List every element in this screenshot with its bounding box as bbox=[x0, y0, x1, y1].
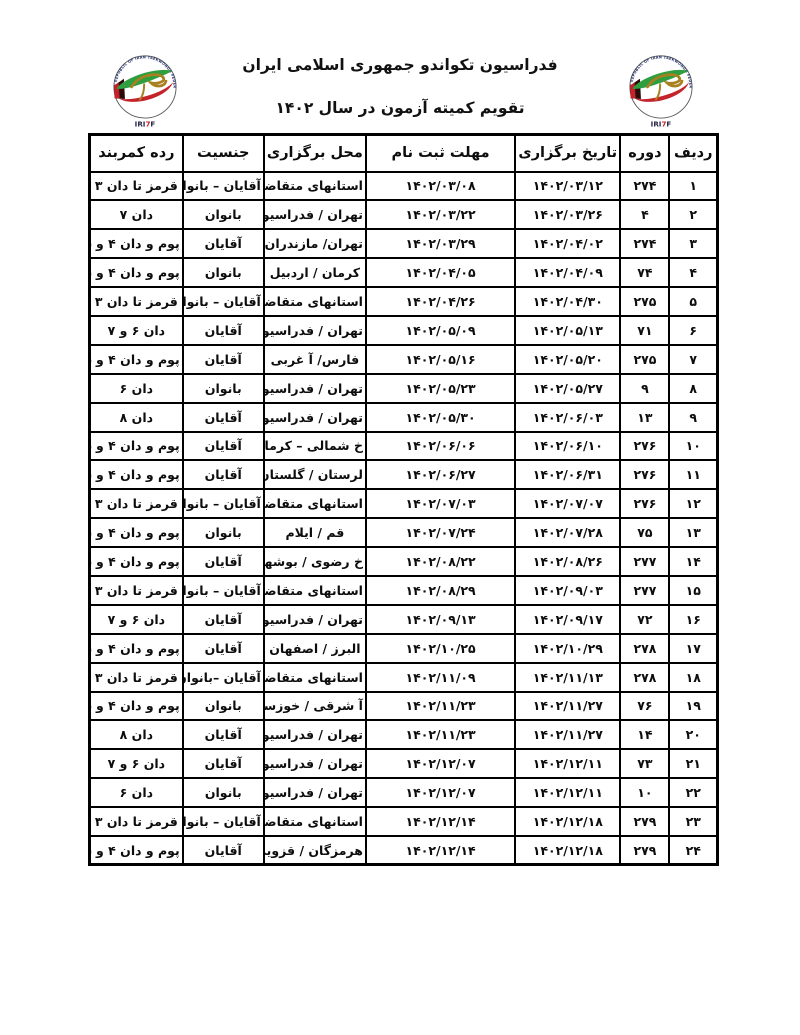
cell-tarikh-bargozari: ۱۴۰۲/۱۱/۲۷ bbox=[515, 720, 620, 749]
cell-mahal-bargozari: قم / ایلام bbox=[264, 518, 366, 547]
cell-jensiyat: بانوان bbox=[183, 374, 264, 403]
cell-mahal-bargozari: تهران / فدراسیون bbox=[264, 749, 366, 778]
table-row: ۲۴۱۴۰۲/۰۳/۲۶۱۴۰۲/۰۳/۲۲تهران / فدراسیونبا… bbox=[90, 200, 718, 229]
table-row: ۶۷۱۱۴۰۲/۰۵/۱۳۱۴۰۲/۰۵/۰۹تهران / فدراسیونآ… bbox=[90, 316, 718, 345]
cell-jensiyat: آقایان bbox=[183, 605, 264, 634]
document-page: ISLAMIC REPUBLIC OF IRAN TAEKWONDO FEDER… bbox=[0, 0, 800, 1035]
table-row: ۲۰۱۴۱۴۰۲/۱۱/۲۷۱۴۰۲/۱۱/۲۳تهران / فدراسیون… bbox=[90, 720, 718, 749]
cell-mahal-bargozari: تهران / فدراسیون bbox=[264, 778, 366, 807]
cell-radif: ۷ bbox=[669, 345, 717, 374]
cell-radeh-kamarband: پوم و دان ۴ و ۵ bbox=[90, 258, 183, 287]
table-row: ۱۵۲۷۷۱۴۰۲/۰۹/۰۳۱۴۰۲/۰۸/۲۹استانهای متقاضی… bbox=[90, 576, 718, 605]
cell-mahal-bargozari: استانهای متقاضی bbox=[264, 287, 366, 316]
cell-tarikh-bargozari: ۱۴۰۲/۰۶/۳۱ bbox=[515, 460, 620, 489]
cell-radeh-kamarband: پوم و دان ۴ و ۵ bbox=[90, 432, 183, 461]
table-row: ۱۰۲۷۶۱۴۰۲/۰۶/۱۰۱۴۰۲/۰۶/۰۶خ شمالی – کرمان… bbox=[90, 432, 718, 461]
header-row: ردیف دوره تاریخ برگزاری مهلت ثبت نام محل… bbox=[90, 135, 718, 172]
cell-mahal-bargozari: استانهای متقاضی bbox=[264, 172, 366, 201]
cell-radif: ۱۱ bbox=[669, 460, 717, 489]
cell-doreh: ۲۷۵ bbox=[620, 345, 669, 374]
col-header-radeh-kamarband: رده کمربند bbox=[90, 135, 183, 172]
cell-radeh-kamarband: پوم و دان ۴ و ۵ bbox=[90, 518, 183, 547]
cell-doreh: ۲۷۸ bbox=[620, 634, 669, 663]
table-row: ۲۱۷۳۱۴۰۲/۱۲/۱۱۱۴۰۲/۱۲/۰۷تهران / فدراسیون… bbox=[90, 749, 718, 778]
cell-doreh: ۲۷۶ bbox=[620, 489, 669, 518]
cell-mahal-bargozari: البرز / اصفهان bbox=[264, 634, 366, 663]
cell-jensiyat: آقایان bbox=[183, 345, 264, 374]
calendar-subtitle: تقویم کمیته آزمون در سال ۱۴۰۲ bbox=[0, 99, 800, 117]
cell-radif: ۱۵ bbox=[669, 576, 717, 605]
cell-radif: ۲۳ bbox=[669, 807, 717, 836]
cell-radif: ۲۲ bbox=[669, 778, 717, 807]
cell-doreh: ۲۷۴ bbox=[620, 229, 669, 258]
cell-tarikh-bargozari: ۱۴۰۲/۰۷/۰۷ bbox=[515, 489, 620, 518]
cell-jensiyat: بانوان bbox=[183, 200, 264, 229]
cell-mahal-bargozari: استانهای متقاضی bbox=[264, 489, 366, 518]
cell-jensiyat: بانوان bbox=[183, 692, 264, 721]
cell-jensiyat: بانوان bbox=[183, 778, 264, 807]
cell-doreh: ۱۴ bbox=[620, 720, 669, 749]
cell-tarikh-bargozari: ۱۴۰۲/۱۰/۲۹ bbox=[515, 634, 620, 663]
cell-tarikh-bargozari: ۱۴۰۲/۱۱/۱۳ bbox=[515, 663, 620, 692]
cell-mohlat-sabtenam: ۱۴۰۲/۰۷/۰۳ bbox=[366, 489, 515, 518]
cell-tarikh-bargozari: ۱۴۰۲/۰۵/۲۷ bbox=[515, 374, 620, 403]
cell-radif: ۸ bbox=[669, 374, 717, 403]
cell-mahal-bargozari: استانهای متقاضی bbox=[264, 576, 366, 605]
cell-mohlat-sabtenam: ۱۴۰۲/۱۱/۰۹ bbox=[366, 663, 515, 692]
cell-mohlat-sabtenam: ۱۴۰۲/۱۲/۱۴ bbox=[366, 836, 515, 865]
cell-mahal-bargozari: فارس/ آ غربی bbox=[264, 345, 366, 374]
cell-mohlat-sabtenam: ۱۴۰۲/۱۲/۰۷ bbox=[366, 749, 515, 778]
cell-tarikh-bargozari: ۱۴۰۲/۰۵/۱۳ bbox=[515, 316, 620, 345]
col-header-mahal-bargozari: محل برگزاری bbox=[264, 135, 366, 172]
cell-mohlat-sabtenam: ۱۴۰۲/۱۲/۱۴ bbox=[366, 807, 515, 836]
cell-radif: ۶ bbox=[669, 316, 717, 345]
cell-doreh: ۹ bbox=[620, 374, 669, 403]
cell-radeh-kamarband: قرمز تا دان ۳ bbox=[90, 287, 183, 316]
cell-radeh-kamarband: پوم و دان ۴ و ۵ bbox=[90, 229, 183, 258]
cell-radif: ۱۷ bbox=[669, 634, 717, 663]
cell-radeh-kamarband: دان ۶ bbox=[90, 778, 183, 807]
cell-radeh-kamarband: دان ۶ bbox=[90, 374, 183, 403]
cell-radif: ۴ bbox=[669, 258, 717, 287]
table-row: ۹۱۳۱۴۰۲/۰۶/۰۳۱۴۰۲/۰۵/۳۰تهران / فدراسیونآ… bbox=[90, 403, 718, 432]
cell-mahal-bargozari: تهران / فدراسیون bbox=[264, 720, 366, 749]
exam-calendar-table: ردیف دوره تاریخ برگزاری مهلت ثبت نام محل… bbox=[88, 133, 719, 866]
cell-jensiyat: آقایان – بانوان bbox=[183, 172, 264, 201]
table-header: ردیف دوره تاریخ برگزاری مهلت ثبت نام محل… bbox=[90, 135, 718, 172]
cell-radeh-kamarband: قرمز تا دان ۳ bbox=[90, 172, 183, 201]
table-row: ۸۹۱۴۰۲/۰۵/۲۷۱۴۰۲/۰۵/۲۳تهران / فدراسیونبا… bbox=[90, 374, 718, 403]
federation-title: فدراسیون تکواندو جمهوری اسلامی ایران bbox=[0, 56, 800, 74]
cell-doreh: ۲۷۵ bbox=[620, 287, 669, 316]
cell-mohlat-sabtenam: ۱۴۰۲/۱۱/۲۳ bbox=[366, 692, 515, 721]
cell-tarikh-bargozari: ۱۴۰۲/۱۲/۱۱ bbox=[515, 778, 620, 807]
cell-radeh-kamarband: پوم و دان ۴ و ۵ bbox=[90, 692, 183, 721]
cell-tarikh-bargozari: ۱۴۰۲/۰۴/۰۲ bbox=[515, 229, 620, 258]
cell-mahal-bargozari: کرمان / اردبیل bbox=[264, 258, 366, 287]
cell-mohlat-sabtenam: ۱۴۰۲/۰۴/۰۵ bbox=[366, 258, 515, 287]
cell-mohlat-sabtenam: ۱۴۰۲/۱۰/۲۵ bbox=[366, 634, 515, 663]
cell-mohlat-sabtenam: ۱۴۰۲/۱۲/۰۷ bbox=[366, 778, 515, 807]
cell-tarikh-bargozari: ۱۴۰۲/۰۴/۳۰ bbox=[515, 287, 620, 316]
cell-mahal-bargozari: تهران / فدراسیون bbox=[264, 200, 366, 229]
cell-doreh: ۷۳ bbox=[620, 749, 669, 778]
cell-radif: ۲۴ bbox=[669, 836, 717, 865]
cell-mahal-bargozari: خ شمالی – کرمانشاه bbox=[264, 432, 366, 461]
table-row: ۷۲۷۵۱۴۰۲/۰۵/۲۰۱۴۰۲/۰۵/۱۶فارس/ آ غربیآقای… bbox=[90, 345, 718, 374]
cell-mahal-bargozari: هرمزگان / قزوین bbox=[264, 836, 366, 865]
col-header-tarikh-bargozari: تاریخ برگزاری bbox=[515, 135, 620, 172]
cell-radif: ۳ bbox=[669, 229, 717, 258]
cell-tarikh-bargozari: ۱۴۰۲/۱۲/۱۱ bbox=[515, 749, 620, 778]
cell-tarikh-bargozari: ۱۴۰۲/۱۱/۲۷ bbox=[515, 692, 620, 721]
cell-mahal-bargozari: تهران / فدراسیون bbox=[264, 374, 366, 403]
cell-radif: ۱۹ bbox=[669, 692, 717, 721]
cell-radif: ۲۰ bbox=[669, 720, 717, 749]
cell-radeh-kamarband: پوم و دان ۴ و ۵ bbox=[90, 345, 183, 374]
cell-mohlat-sabtenam: ۱۴۰۲/۰۵/۳۰ bbox=[366, 403, 515, 432]
table-row: ۲۳۲۷۹۱۴۰۲/۱۲/۱۸۱۴۰۲/۱۲/۱۴استانهای متقاضی… bbox=[90, 807, 718, 836]
col-header-mohlat-sabtenam: مهلت ثبت نام bbox=[366, 135, 515, 172]
cell-doreh: ۲۷۸ bbox=[620, 663, 669, 692]
cell-mohlat-sabtenam: ۱۴۰۲/۰۳/۲۲ bbox=[366, 200, 515, 229]
cell-mahal-bargozari: لرستان / گلستان bbox=[264, 460, 366, 489]
cell-mohlat-sabtenam: ۱۴۰۲/۰۳/۲۹ bbox=[366, 229, 515, 258]
cell-jensiyat: آقایان bbox=[183, 229, 264, 258]
table-row: ۱۳۷۵۱۴۰۲/۰۷/۲۸۱۴۰۲/۰۷/۲۴قم / ایلامبانوان… bbox=[90, 518, 718, 547]
cell-jensiyat: بانوان bbox=[183, 518, 264, 547]
cell-mohlat-sabtenam: ۱۴۰۲/۰۵/۲۳ bbox=[366, 374, 515, 403]
cell-mohlat-sabtenam: ۱۴۰۲/۰۶/۲۷ bbox=[366, 460, 515, 489]
cell-doreh: ۲۷۴ bbox=[620, 172, 669, 201]
cell-jensiyat: آقایان bbox=[183, 836, 264, 865]
cell-radeh-kamarband: قرمز تا دان ۳ bbox=[90, 489, 183, 518]
cell-jensiyat: آقایان bbox=[183, 749, 264, 778]
cell-radeh-kamarband: پوم و دان ۴ و ۵ bbox=[90, 634, 183, 663]
cell-radif: ۱۶ bbox=[669, 605, 717, 634]
cell-tarikh-bargozari: ۱۴۰۲/۰۹/۱۷ bbox=[515, 605, 620, 634]
cell-radif: ۵ bbox=[669, 287, 717, 316]
cell-tarikh-bargozari: ۱۴۰۲/۰۷/۲۸ bbox=[515, 518, 620, 547]
cell-radeh-kamarband: پوم و دان ۴ و ۵ bbox=[90, 460, 183, 489]
cell-doreh: ۱۳ bbox=[620, 403, 669, 432]
cell-radeh-kamarband: پوم و دان ۴ و ۵ bbox=[90, 836, 183, 865]
cell-tarikh-bargozari: ۱۴۰۲/۰۵/۲۰ bbox=[515, 345, 620, 374]
cell-jensiyat: آقایان bbox=[183, 432, 264, 461]
table-row: ۱۸۲۷۸۱۴۰۲/۱۱/۱۳۱۴۰۲/۱۱/۰۹استانهای متقاضی… bbox=[90, 663, 718, 692]
cell-mohlat-sabtenam: ۱۴۰۲/۰۳/۰۸ bbox=[366, 172, 515, 201]
cell-mahal-bargozari: تهران / فدراسیون bbox=[264, 403, 366, 432]
cell-mohlat-sabtenam: ۱۴۰۲/۰۹/۱۳ bbox=[366, 605, 515, 634]
cell-jensiyat: آقایان – بانوان bbox=[183, 489, 264, 518]
table-row: ۱۲۲۷۶۱۴۰۲/۰۷/۰۷۱۴۰۲/۰۷/۰۳استانهای متقاضی… bbox=[90, 489, 718, 518]
cell-radeh-kamarband: قرمز تا دان ۳ bbox=[90, 576, 183, 605]
cell-tarikh-bargozari: ۱۴۰۲/۰۹/۰۳ bbox=[515, 576, 620, 605]
cell-radeh-kamarband: پوم و دان ۴ و ۵ bbox=[90, 547, 183, 576]
cell-radif: ۲ bbox=[669, 200, 717, 229]
cell-doreh: ۷۲ bbox=[620, 605, 669, 634]
cell-radif: ۱۸ bbox=[669, 663, 717, 692]
cell-radif: ۱۴ bbox=[669, 547, 717, 576]
cell-mahal-bargozari: خ رضوی / بوشهر bbox=[264, 547, 366, 576]
table-row: ۱۷۲۷۸۱۴۰۲/۱۰/۲۹۱۴۰۲/۱۰/۲۵البرز / اصفهانآ… bbox=[90, 634, 718, 663]
cell-radeh-kamarband: دان ۶ و ۷ bbox=[90, 605, 183, 634]
cell-jensiyat: بانوان bbox=[183, 258, 264, 287]
cell-doreh: ۷۵ bbox=[620, 518, 669, 547]
table-row: ۲۲۱۰۱۴۰۲/۱۲/۱۱۱۴۰۲/۱۲/۰۷تهران / فدراسیون… bbox=[90, 778, 718, 807]
cell-tarikh-bargozari: ۱۴۰۲/۰۳/۲۶ bbox=[515, 200, 620, 229]
table-row: ۱۶۷۲۱۴۰۲/۰۹/۱۷۱۴۰۲/۰۹/۱۳تهران / فدراسیون… bbox=[90, 605, 718, 634]
cell-doreh: ۲۷۶ bbox=[620, 460, 669, 489]
cell-doreh: ۲۷۶ bbox=[620, 432, 669, 461]
cell-tarikh-bargozari: ۱۴۰۲/۱۲/۱۸ bbox=[515, 836, 620, 865]
cell-radif: ۲۱ bbox=[669, 749, 717, 778]
cell-mahal-bargozari: تهران / فدراسیون bbox=[264, 605, 366, 634]
cell-jensiyat: آقایان bbox=[183, 634, 264, 663]
table-row: ۱۴۲۷۷۱۴۰۲/۰۸/۲۶۱۴۰۲/۰۸/۲۲خ رضوی / بوشهرآ… bbox=[90, 547, 718, 576]
cell-radeh-kamarband: قرمز تا دان ۳ bbox=[90, 663, 183, 692]
cell-tarikh-bargozari: ۱۴۰۲/۰۸/۲۶ bbox=[515, 547, 620, 576]
table-body: ۱۲۷۴۱۴۰۲/۰۳/۱۲۱۴۰۲/۰۳/۰۸استانهای متقاضیآ… bbox=[90, 172, 718, 865]
cell-radif: ۹ bbox=[669, 403, 717, 432]
cell-jensiyat: آقایان bbox=[183, 460, 264, 489]
cell-doreh: ۷۶ bbox=[620, 692, 669, 721]
table-row: ۴۷۴۱۴۰۲/۰۴/۰۹۱۴۰۲/۰۴/۰۵کرمان / اردبیلبان… bbox=[90, 258, 718, 287]
cell-mohlat-sabtenam: ۱۴۰۲/۱۱/۲۳ bbox=[366, 720, 515, 749]
cell-jensiyat: آقایان – بانوان bbox=[183, 576, 264, 605]
cell-radeh-kamarband: دان ۶ و ۷ bbox=[90, 316, 183, 345]
cell-mahal-bargozari: استانهای متقاضی bbox=[264, 663, 366, 692]
table-row: ۱۹۷۶۱۴۰۲/۱۱/۲۷۱۴۰۲/۱۱/۲۳آ شرقی / خوزستان… bbox=[90, 692, 718, 721]
cell-mohlat-sabtenam: ۱۴۰۲/۰۴/۲۶ bbox=[366, 287, 515, 316]
col-header-doreh: دوره bbox=[620, 135, 669, 172]
table-row: ۱۲۷۴۱۴۰۲/۰۳/۱۲۱۴۰۲/۰۳/۰۸استانهای متقاضیآ… bbox=[90, 172, 718, 201]
cell-doreh: ۲۷۹ bbox=[620, 807, 669, 836]
cell-mohlat-sabtenam: ۱۴۰۲/۰۷/۲۴ bbox=[366, 518, 515, 547]
col-header-radif: ردیف bbox=[669, 135, 717, 172]
cell-jensiyat: آقایان – بانوان bbox=[183, 287, 264, 316]
table-row: ۲۴۲۷۹۱۴۰۲/۱۲/۱۸۱۴۰۲/۱۲/۱۴هرمزگان / قزوین… bbox=[90, 836, 718, 865]
cell-radeh-kamarband: دان ۸ bbox=[90, 720, 183, 749]
cell-radeh-kamarband: دان ۷ bbox=[90, 200, 183, 229]
cell-mahal-bargozari: تهران / فدراسیون bbox=[264, 316, 366, 345]
cell-radif: ۱۲ bbox=[669, 489, 717, 518]
cell-doreh: ۲۷۹ bbox=[620, 836, 669, 865]
cell-jensiyat: آقایان – بانوان bbox=[183, 807, 264, 836]
cell-radeh-kamarband: دان ۸ bbox=[90, 403, 183, 432]
cell-jensiyat: آقایان bbox=[183, 720, 264, 749]
cell-tarikh-bargozari: ۱۴۰۲/۱۲/۱۸ bbox=[515, 807, 620, 836]
cell-radif: ۱۰ bbox=[669, 432, 717, 461]
cell-mohlat-sabtenam: ۱۴۰۲/۰۸/۲۹ bbox=[366, 576, 515, 605]
cell-mahal-bargozari: استانهای متقاضی bbox=[264, 807, 366, 836]
cell-mohlat-sabtenam: ۱۴۰۲/۰۸/۲۲ bbox=[366, 547, 515, 576]
cell-mahal-bargozari: آ شرقی / خوزستان bbox=[264, 692, 366, 721]
cell-radif: ۱ bbox=[669, 172, 717, 201]
cell-doreh: ۲۷۷ bbox=[620, 576, 669, 605]
cell-jensiyat: آقایان bbox=[183, 403, 264, 432]
cell-tarikh-bargozari: ۱۴۰۲/۰۶/۰۳ bbox=[515, 403, 620, 432]
cell-radeh-kamarband: قرمز تا دان ۳ bbox=[90, 807, 183, 836]
cell-mohlat-sabtenam: ۱۴۰۲/۰۶/۰۶ bbox=[366, 432, 515, 461]
cell-jensiyat: آقایان –بانوان bbox=[183, 663, 264, 692]
col-header-jensiyat: جنسیت bbox=[183, 135, 264, 172]
table-row: ۵۲۷۵۱۴۰۲/۰۴/۳۰۱۴۰۲/۰۴/۲۶استانهای متقاضیآ… bbox=[90, 287, 718, 316]
cell-doreh: ۱۰ bbox=[620, 778, 669, 807]
cell-doreh: ۷۴ bbox=[620, 258, 669, 287]
cell-mahal-bargozari: تهران/ مازندران bbox=[264, 229, 366, 258]
cell-mohlat-sabtenam: ۱۴۰۲/۰۵/۰۹ bbox=[366, 316, 515, 345]
cell-radif: ۱۳ bbox=[669, 518, 717, 547]
table-row: ۱۱۲۷۶۱۴۰۲/۰۶/۳۱۱۴۰۲/۰۶/۲۷لرستان / گلستان… bbox=[90, 460, 718, 489]
cell-jensiyat: آقایان bbox=[183, 316, 264, 345]
cell-tarikh-bargozari: ۱۴۰۲/۰۴/۰۹ bbox=[515, 258, 620, 287]
table-row: ۳۲۷۴۱۴۰۲/۰۴/۰۲۱۴۰۲/۰۳/۲۹تهران/ مازندرانآ… bbox=[90, 229, 718, 258]
cell-doreh: ۴ bbox=[620, 200, 669, 229]
cell-jensiyat: آقایان bbox=[183, 547, 264, 576]
cell-tarikh-bargozari: ۱۴۰۲/۰۳/۱۲ bbox=[515, 172, 620, 201]
cell-doreh: ۲۷۷ bbox=[620, 547, 669, 576]
cell-mohlat-sabtenam: ۱۴۰۲/۰۵/۱۶ bbox=[366, 345, 515, 374]
cell-radeh-kamarband: دان ۶ و ۷ bbox=[90, 749, 183, 778]
cell-doreh: ۷۱ bbox=[620, 316, 669, 345]
cell-tarikh-bargozari: ۱۴۰۲/۰۶/۱۰ bbox=[515, 432, 620, 461]
